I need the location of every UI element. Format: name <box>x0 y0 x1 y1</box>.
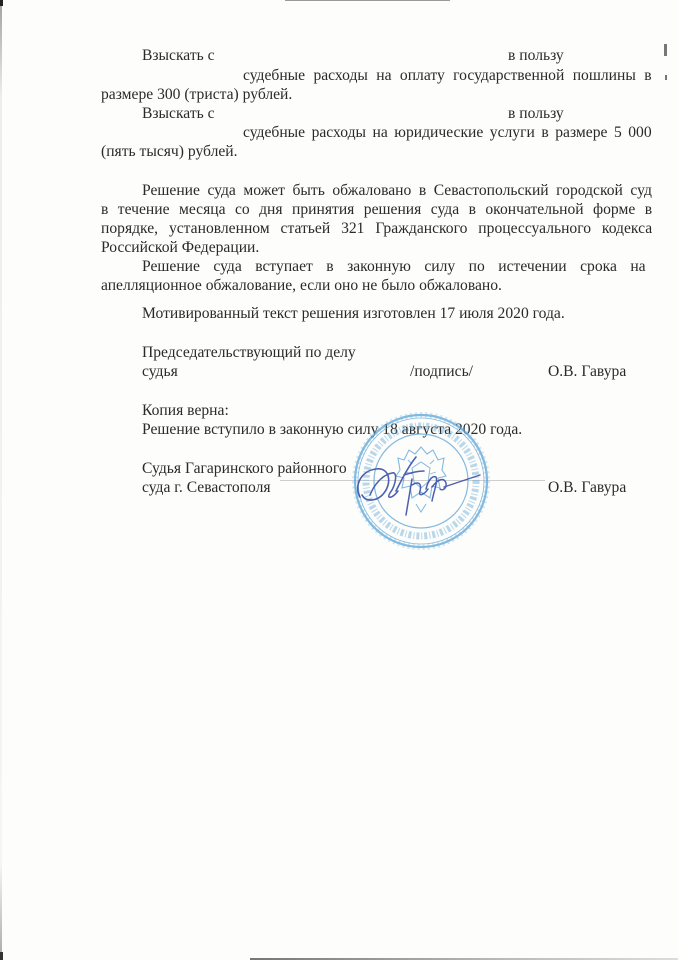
text-line: судебные расходы на юридические услуги в… <box>243 124 652 142</box>
presiding-judge-name: О.В. Гавура <box>548 363 626 381</box>
document-page: Взыскать с в пользу судебные расходы на … <box>0 0 678 960</box>
text-line: размере 300 (триста) рублей. <box>101 86 292 104</box>
judge-name: О.В. Гавура <box>548 479 626 497</box>
page-edge-shadow <box>0 0 2 960</box>
presiding-title: Председательствующий по делу <box>142 344 356 362</box>
scan-edge-top <box>285 0 450 1</box>
text-line-content: Решение суда вступает в законную силу по… <box>142 258 646 276</box>
text-line: апелляционное обжалование, если оно не б… <box>101 277 502 295</box>
margin-mark <box>664 44 667 56</box>
copy-certified-label: Копия верна: <box>142 402 229 420</box>
text-line: в течение месяца со дня принятия решения… <box>101 201 652 219</box>
text-line: (пять тысяч) рублей. <box>101 143 238 161</box>
text-line: Взыскать с <box>142 47 215 65</box>
text-line: Взыскать с <box>142 105 215 123</box>
text-line-content: Решение суда может быть обжаловано в Сев… <box>142 182 652 200</box>
text-line: Решение суда вступает в законную силу по… <box>142 258 646 276</box>
judge-court-line: Судья Гагаринского районного <box>142 460 347 478</box>
judge-court-line: суда г. Севастополя <box>142 479 271 497</box>
text-line-content: порядке, установленном статьей 321 Гражд… <box>101 220 652 238</box>
text-line-content: судебные расходы на оплату государственн… <box>243 67 652 85</box>
text-line: в пользу <box>508 105 564 123</box>
text-line-content: в течение месяца со дня принятия решения… <box>101 201 652 219</box>
text-line: Российской Федерации. <box>101 239 259 257</box>
scan-corner-mark <box>0 952 3 960</box>
margin-mark <box>665 75 667 80</box>
text-line-content: судебные расходы на юридические услуги в… <box>243 124 652 142</box>
text-line: в пользу <box>508 47 564 65</box>
text-line: порядке, установленном статьей 321 Гражд… <box>101 220 652 238</box>
signature-placeholder: /подпись/ <box>410 363 473 381</box>
handwritten-signature-icon <box>352 445 502 520</box>
text-line: Решение суда может быть обжаловано в Сев… <box>142 182 652 200</box>
text-line: судебные расходы на оплату государственн… <box>243 67 652 85</box>
presiding-role: судья <box>142 363 178 381</box>
text-line: Мотивированный текст решения изготовлен … <box>142 305 565 323</box>
scan-corner-mark <box>0 0 3 6</box>
